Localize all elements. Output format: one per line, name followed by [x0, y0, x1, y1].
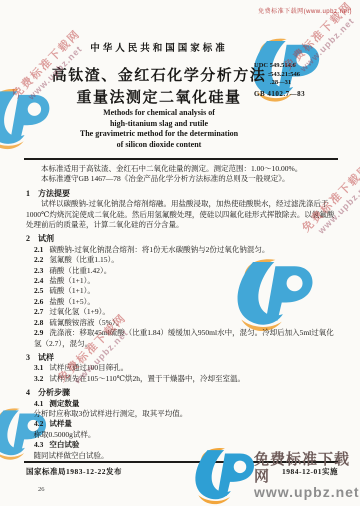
- scope-paragraph: 本标准适用于高钛渣、金红石中二氧化硅量的测定。测定范围：1.00～10.00%。: [26, 164, 338, 174]
- english-title-line: Methods for chemical analysis of: [0, 108, 318, 119]
- footer-divider: [24, 461, 338, 463]
- section-heading-4: 4分析步骤: [26, 388, 338, 398]
- reagent-item: 2.5硫酸（1+1）。: [26, 286, 338, 296]
- procedure-text: 随同试样做空白试验。: [26, 451, 338, 461]
- standard-number: GB 4102.7—83: [254, 90, 305, 99]
- sample-item: 3.2试样预先在105～110℃烘2h，置于干燥器中，冷却至室温。: [26, 374, 338, 384]
- section-heading-3: 3试样: [26, 353, 338, 363]
- reagent-item: 2.1碳酸钠-过氧化钠混合熔剂：将1份无水碳酸钠与2份过氧化钠混匀。: [26, 245, 338, 255]
- reagent-item: 2.9洗涤液：移取45ml硫酸（比重1.84）缓缓加入950ml水中，混匀。冷却…: [26, 328, 338, 349]
- udc-classification-block: UDC 549.514.6 :543.21:546 .28—31 GB 4102…: [254, 62, 305, 98]
- issued-date: 国家标准局1983-12-22发布: [26, 466, 122, 477]
- reagent-item: 2.4盐酸（1+1）。: [26, 276, 338, 286]
- compliance-paragraph: 本标准遵守GB 1467—78《冶金产品化学分析方法标准的总则及一般规定》。: [26, 174, 338, 184]
- procedure-text: 称取0.5000g试样。: [26, 430, 338, 440]
- implementation-date: 1984-12-01实施: [282, 466, 338, 477]
- udc-line: .28—31: [270, 79, 305, 88]
- header-divider: [24, 158, 338, 160]
- national-standard-label: 中华人民共和国国家标准: [0, 40, 318, 54]
- procedure-subheading: 4.2试样量: [26, 419, 338, 429]
- reagent-item: 2.2氢氟酸（比重1.15）。: [26, 255, 338, 265]
- english-title-line: The gravimetric method for the determina…: [0, 129, 318, 140]
- procedure-subheading: 4.1测定数量: [26, 399, 338, 409]
- reagent-item: 2.7过氧化氢（1+9）。: [26, 307, 338, 317]
- sample-item: 3.1试样应通过100目筛孔。: [26, 363, 338, 373]
- scanned-standard-page: 免费标准下载网 www.upbz.net 免费标准下载网(www.upbz.ne…: [0, 0, 360, 506]
- reagent-item: 2.3硝酸（比重1.42）。: [26, 266, 338, 276]
- procedure-text: 分析时应称取3份试样进行测定，取其平均值。: [26, 409, 338, 419]
- footer: 国家标准局1983-12-22发布 1984-12-01实施: [26, 466, 338, 477]
- document-body: 本标准适用于高钛渣、金红石中二氧化硅量的测定。测定范围：1.00～10.00%。…: [26, 164, 338, 461]
- english-title-line: of silicon dioxide content: [0, 140, 318, 151]
- section-heading-2: 2试剂: [26, 234, 338, 244]
- english-title-block: Methods for chemical analysis of high-ti…: [0, 108, 318, 150]
- section-heading-1: 1方法提要: [26, 189, 338, 199]
- reagent-item: 2.8硫氰酸铵溶液（5%）。: [26, 318, 338, 328]
- section-1-body: 试样以碳酸钠-过氧化钠混合熔剂熔融。用盐酸浸取，加热使硅酸脱水，经过滤洗涤后于1…: [26, 199, 338, 230]
- watermark-site-url: www.upbz.net: [254, 485, 360, 500]
- page-number: 26: [38, 486, 45, 493]
- reagent-item: 2.6盐酸（1+5）。: [26, 297, 338, 307]
- udc-line: :543.21:546: [268, 71, 305, 80]
- english-title-line: high-titanium slag and rutile: [0, 119, 318, 130]
- watermark-corner-note: 免费标准下载网(www.upbz.net): [258, 6, 352, 15]
- udc-line: UDC 549.514.6: [254, 62, 305, 71]
- procedure-subheading: 4.3空白试验: [26, 440, 338, 450]
